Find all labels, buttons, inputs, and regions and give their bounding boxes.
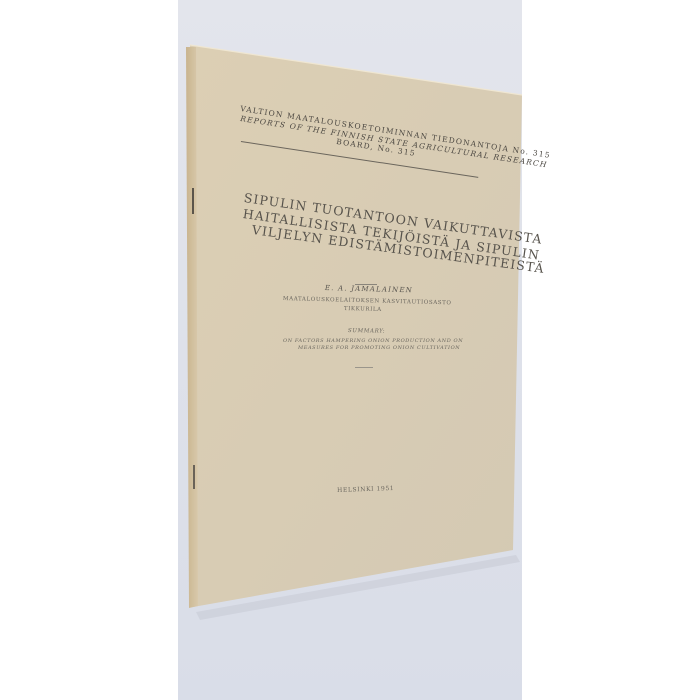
- booklet: [0, 0, 700, 700]
- cover-surface: [190, 45, 522, 607]
- spine-edge: [186, 47, 198, 608]
- staple-icon: [192, 188, 194, 214]
- staple-icon: [193, 465, 195, 489]
